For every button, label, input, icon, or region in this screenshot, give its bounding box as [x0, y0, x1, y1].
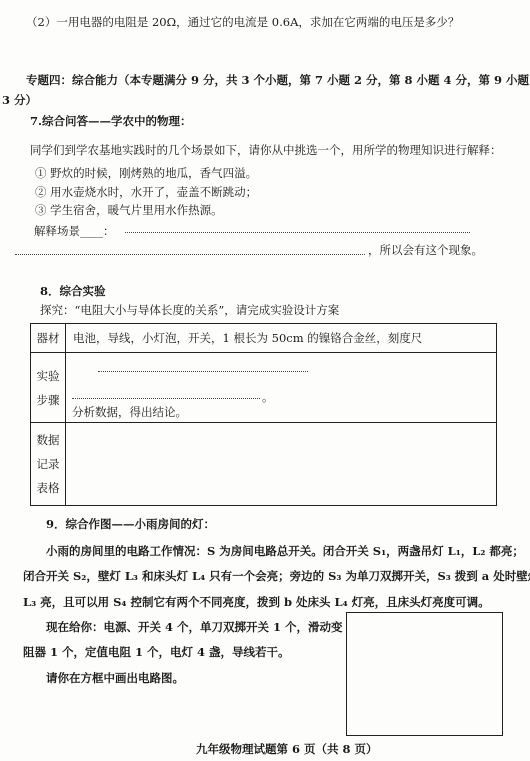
instruction: 请你在方框中画出电路图。 — [46, 670, 184, 686]
answer-line-2[interactable] — [15, 254, 365, 255]
label-data-table: 数据 记录 表格 — [31, 423, 66, 506]
steps-content[interactable]: 。 分析数据，得出结论。 — [66, 353, 497, 423]
label-steps: 实验 步骤 — [31, 353, 66, 423]
answer-suffix: ，所以会有这个现象。 — [368, 242, 483, 258]
label-steps-line-2: 步骤 — [31, 388, 65, 412]
scene-1: ① 野炊的时候，刚烤熟的地瓜，香气四溢。 — [35, 165, 257, 181]
question-9-desc-1: 小雨的房间里的电路工作情况：S 为房间电路总开关。闭合开关 S₁，两盏吊灯 L₁… — [46, 543, 524, 559]
table-row-data: 数据 记录 表格 — [31, 423, 497, 506]
experiment-design-table: 器材 电池，导线，小灯泡，开关，1 根长为 50cm 的镍铬合金丝，刻度尺 实验… — [30, 323, 497, 506]
page-footer: 九年级物理试题第 6 页（共 8 页） — [196, 741, 378, 757]
steps-period: 。 — [262, 389, 274, 405]
scene-3: ③ 学生宿舍，暖气片里用水作热源。 — [35, 202, 223, 218]
label-equipment: 器材 — [31, 324, 66, 353]
question-9-desc-2: 闭合开关 S₂，壁灯 L₃ 和床头灯 L₄ 只有一个会亮；旁边的 S₃ 为单刀双… — [23, 568, 530, 584]
answer-prefix: 解释场景____： — [34, 223, 115, 239]
scene-2: ② 用水壶烧水时，水开了，壶盖不断跳动； — [35, 184, 257, 200]
question-7-intro: 同学们到学农基地实践时的几个场景如下，请你从中挑选一个，用所学的物理知识进行解释… — [30, 142, 502, 158]
equipment-content: 电池，导线，小灯泡，开关，1 根长为 50cm 的镍铬合金丝，刻度尺 — [66, 324, 497, 353]
table-row-equipment: 器材 电池，导线，小灯泡，开关，1 根长为 50cm 的镍铬合金丝，刻度尺 — [31, 324, 497, 353]
question-6-2: （2）一用电器的电阻是 20Ω，通过它的电流是 0.6A，求加在它两端的电压是多… — [26, 14, 459, 30]
steps-line-2[interactable] — [72, 398, 260, 399]
given-materials-2: 阻器 1 个，定值电阻 1 个，电灯 4 盏，导线若干。 — [23, 644, 290, 660]
question-9-desc-3: L₃ 亮，且可以用 S₄ 控制它有两个不同亮度，拨到 b 处床头 L₄ 灯亮，且… — [23, 594, 490, 610]
label-data-line-2: 记录 — [31, 452, 65, 476]
question-8-intro: 探究：“电阻大小与导体长度的关系”，请完成实验设计方案 — [40, 302, 339, 318]
steps-line-1[interactable] — [98, 371, 308, 372]
steps-last: 分析数据，得出结论。 — [72, 404, 187, 420]
table-row-steps: 实验 步骤 。 分析数据，得出结论。 — [31, 353, 497, 423]
given-materials-1: 现在给你：电源、开关 4 个，单刀双掷开关 1 个，滑动变 — [46, 619, 343, 635]
section-4-heading: 专题四：综合能力（本专题满分 9 分，共 3 个小题，第 7 小题 2 分，第 … — [26, 72, 529, 88]
label-data-line-3: 表格 — [31, 476, 65, 500]
circuit-drawing-box[interactable] — [346, 612, 503, 736]
section-4-heading-cont: 3 分） — [2, 92, 37, 108]
question-7-title: 7.综合问答——学农中的物理： — [30, 113, 192, 129]
answer-line-1[interactable] — [125, 232, 470, 233]
question-9-title: 9．综合作图——小雨房间的灯： — [46, 516, 215, 532]
label-steps-line-1: 实验 — [31, 364, 65, 388]
label-data-line-1: 数据 — [31, 428, 65, 452]
question-8-title: 8．综合实验 — [40, 283, 106, 299]
data-table-content[interactable] — [66, 423, 497, 506]
